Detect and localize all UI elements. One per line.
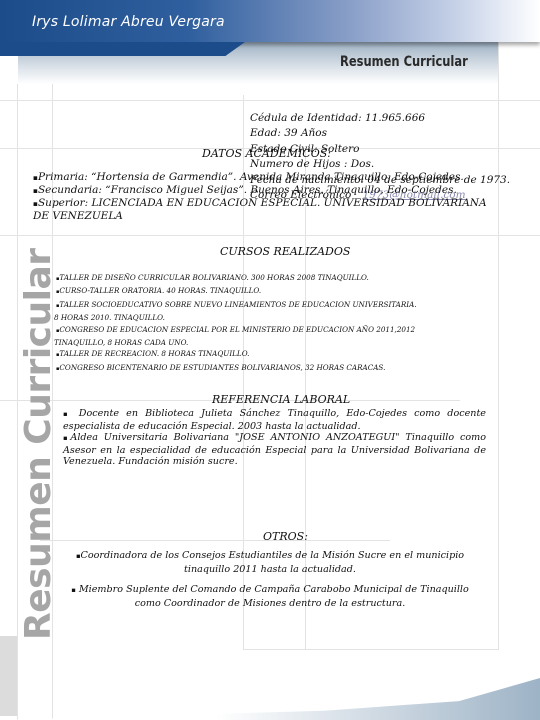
vertical-title: Resumen Curricular xyxy=(18,248,59,640)
footer-swoosh xyxy=(0,678,540,720)
age: Edad: 39 Años xyxy=(250,126,510,141)
bullet: ▪ xyxy=(63,410,72,418)
course-text: TALLER SOCIOEDUCATIVO SOBRE NUEVO LINEAM… xyxy=(59,300,416,309)
work-text: Aldea Universitaria Bolivariana "JOSE AN… xyxy=(63,432,486,467)
work-title: REFERENCIA LABORAL xyxy=(212,393,350,406)
course-item: ▪TALLER DE DISEÑO CURRICULAR BOLIVARIANO… xyxy=(56,272,417,285)
grid-line xyxy=(0,100,540,101)
course-item: ▪CURSO-TALLER ORATORIA. 40 HORAS. TINAQU… xyxy=(56,285,417,298)
courses-title: CURSOS REALIZADOS xyxy=(220,245,350,258)
side-gray-bar xyxy=(0,636,17,716)
course-item: ▪TALLER DE RECREACION. 8 HORAS TINAQUILL… xyxy=(56,348,417,361)
course-text: 8 HORAS 2010. TINAQUILLO. xyxy=(54,313,165,322)
course-item: ▪CONGRESO BICENTENARIO DE ESTUDIANTES BO… xyxy=(56,362,417,375)
course-text: TALLER DE DISEÑO CURRICULAR BOLIVARIANO.… xyxy=(59,273,368,282)
academic-item-secondary: ▪Secundaria: “Francisco Miguel Seijas”. … xyxy=(33,184,493,197)
academic-item-primary: ▪Primaria: “Hortensia de Garmendia”. Ave… xyxy=(33,171,493,184)
document-subtitle: Resumen Curricular xyxy=(340,54,468,70)
bullet: ▪ xyxy=(71,586,76,594)
academic-list: ▪Primaria: “Hortensia de Garmendia”. Ave… xyxy=(33,171,493,223)
others-item: ▪Coordinadora de los Consejos Estudianti… xyxy=(60,549,480,577)
work-list: ▪ Docente en Biblioteca Julieta Sánchez … xyxy=(63,408,486,468)
courses-list: ▪TALLER DE DISEÑO CURRICULAR BOLIVARIANO… xyxy=(56,272,417,375)
others-text: Coordinadora de los Consejos Estudiantil… xyxy=(81,550,465,575)
course-item: ▪TALLER SOCIOEDUCATIVO SOBRE NUEVO LINEA… xyxy=(56,299,417,312)
others-text: Miembro Suplente del Comando de Campaña … xyxy=(79,584,469,609)
course-text: CURSO-TALLER ORATORIA. 40 HORAS. TINAQUI… xyxy=(59,286,261,295)
academic-title: DATOS ACADEMICOS: xyxy=(202,147,331,160)
academic-item-text: Primaria: “Hortensia de Garmendia”. Aven… xyxy=(38,171,464,183)
others-item: ▪ Miembro Suplente del Comando de Campañ… xyxy=(60,583,480,611)
work-text: Docente en Biblioteca Julieta Sánchez Ti… xyxy=(63,408,486,432)
course-text: CONGRESO DE EDUCACION ESPECIAL POR EL MI… xyxy=(59,325,415,334)
others-title: OTROS: xyxy=(263,530,308,543)
academic-item-superior: ▪Superior: LICENCIADA EN EDUCACION ESPEC… xyxy=(33,197,493,223)
header-tab xyxy=(0,42,245,56)
academic-item-text: Secundaria: “Francisco Miguel Seijas”. B… xyxy=(38,184,457,196)
id-number: Cédula de Identidad: 11.965.666 xyxy=(250,111,510,126)
work-item: ▪ Docente en Biblioteca Julieta Sánchez … xyxy=(63,408,486,432)
course-text: TINAQUILLO, 8 HORAS CADA UNO. xyxy=(54,338,188,347)
grid-line xyxy=(40,540,390,541)
course-item-cont: TINAQUILLO, 8 HORAS CADA UNO. xyxy=(54,337,417,348)
academic-item-text: Superior: LICENCIADA EN EDUCACION ESPECI… xyxy=(33,197,487,222)
candidate-name: Irys Lolimar Abreu Vergara xyxy=(32,14,225,30)
course-item: ▪CONGRESO DE EDUCACION ESPECIAL POR EL M… xyxy=(56,324,417,337)
course-text: TALLER DE RECREACION. 8 HORAS TINAQUILLO… xyxy=(59,349,249,358)
others-list: ▪Coordinadora de los Consejos Estudianti… xyxy=(60,549,480,617)
course-text: CONGRESO BICENTENARIO DE ESTUDIANTES BOL… xyxy=(59,363,385,372)
grid-line xyxy=(243,649,499,650)
course-item-cont: 8 HORAS 2010. TINAQUILLO. xyxy=(54,312,417,323)
grid-line xyxy=(0,235,540,236)
work-item: ▪Aldea Universitaria Bolivariana "JOSE A… xyxy=(63,432,486,468)
